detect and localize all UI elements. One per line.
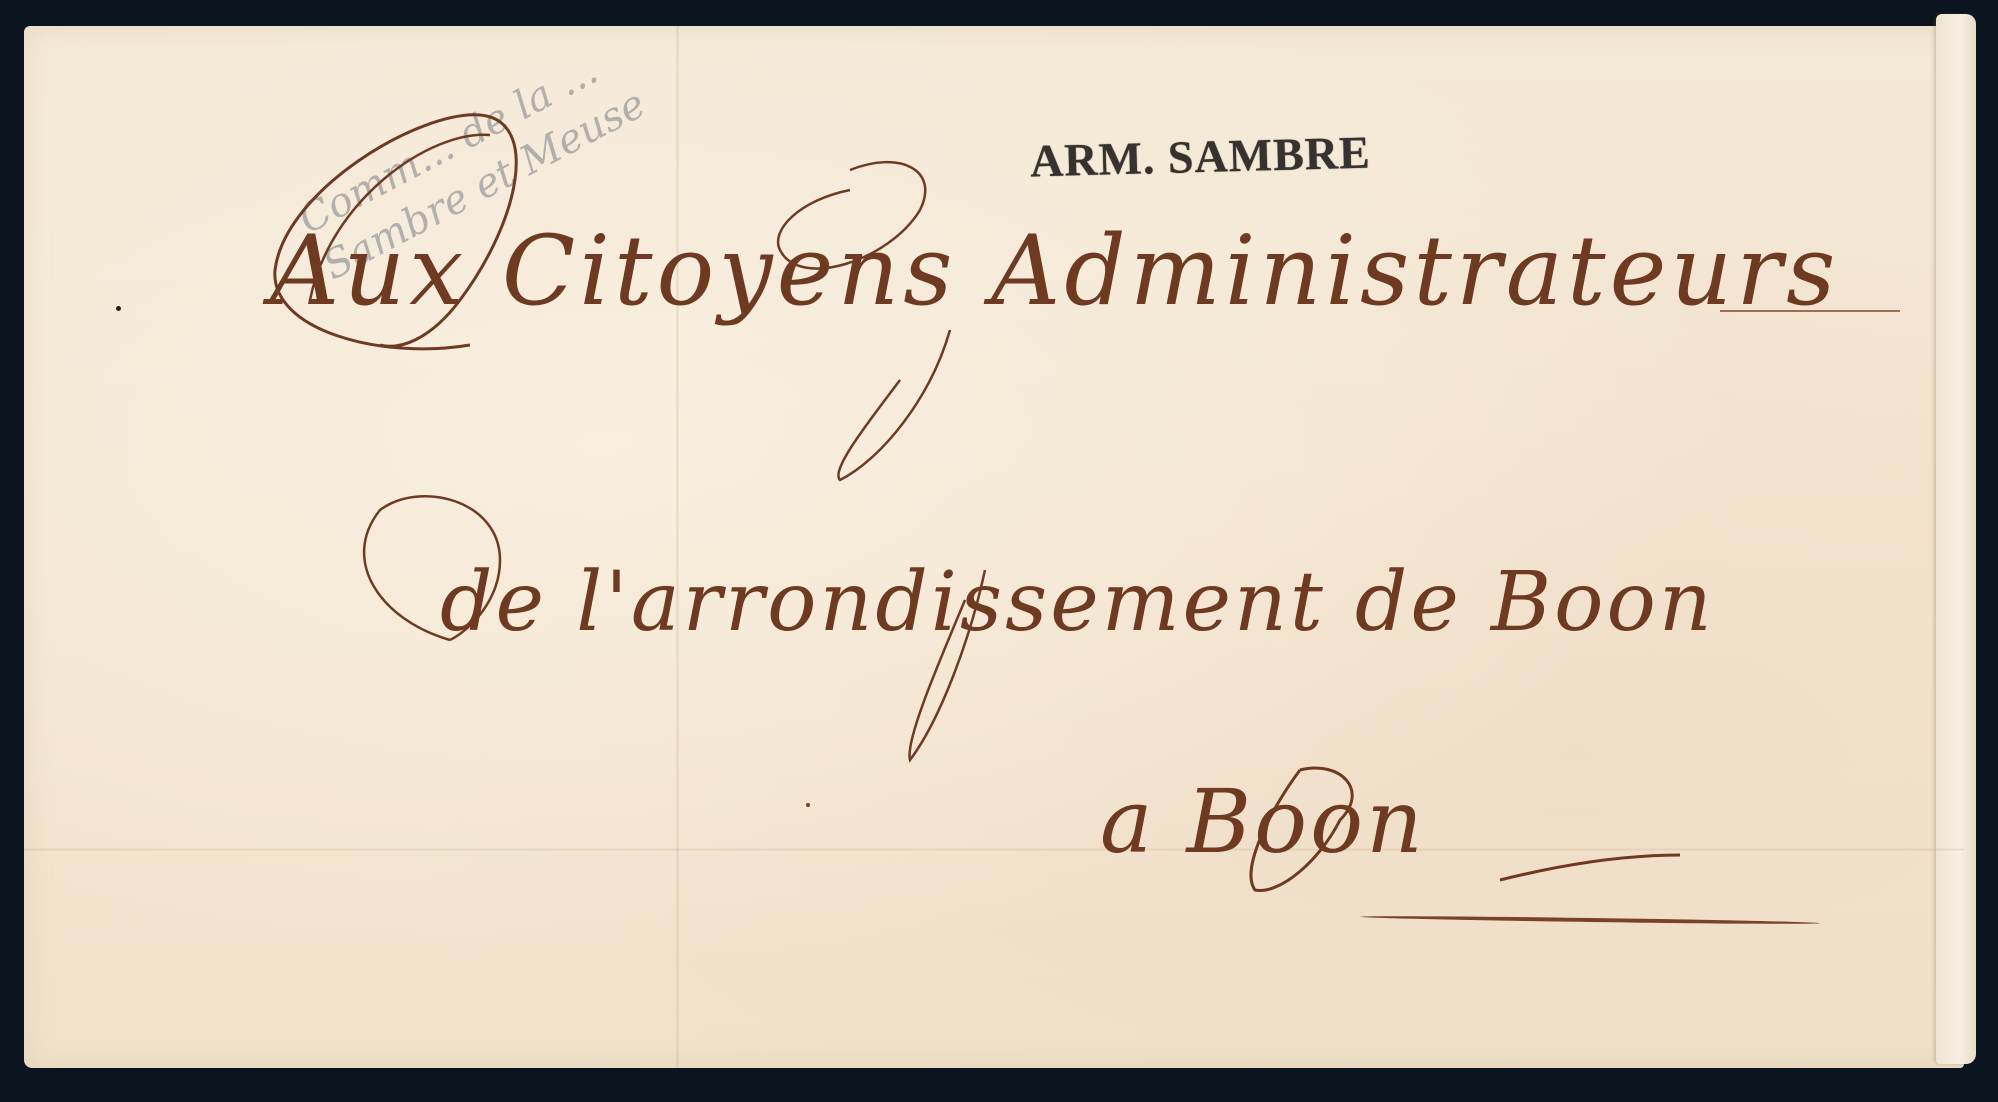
- address-line-1: Aux Citoyens Administrateurs: [270, 215, 1839, 327]
- ink-speck: [116, 306, 121, 311]
- address-line-3: a Boon: [1100, 770, 1426, 873]
- address-line-2: de l'arrondissement de Boon: [440, 555, 1715, 650]
- handwriting-flourishes: [0, 0, 1998, 1102]
- ink-speck: [806, 803, 810, 807]
- postmark-arm-sambre: ARM. SAMBRE: [1029, 126, 1371, 188]
- address-line-1-dash: [1720, 310, 1900, 312]
